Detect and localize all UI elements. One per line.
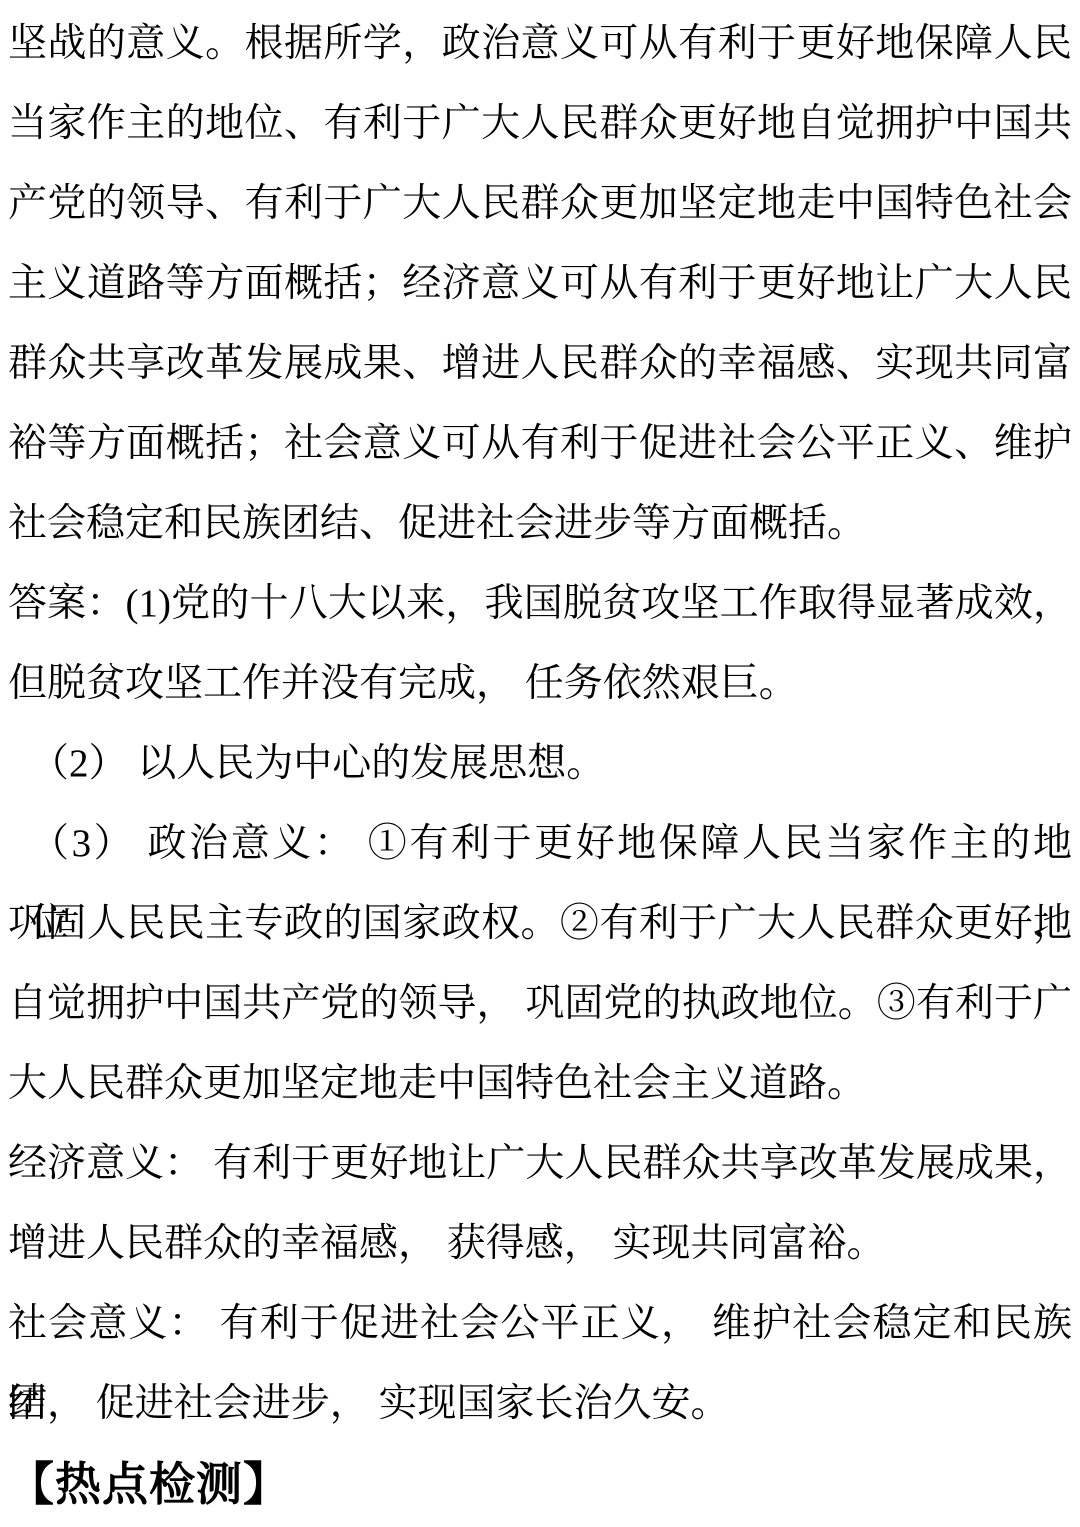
- document-page: 坚战的意义。根据所学，政治意义可从有利于更好地保障人民 当家作主的地位、有利于广…: [0, 0, 1080, 1527]
- text-line-answer-start: 答案：(1)党的十八大以来，我国脱贫攻坚工作取得显著成效，: [8, 564, 1072, 644]
- text-line-answer-2: （2） 以人民为中心的发展思想。: [8, 724, 1072, 804]
- text-line: 巩固人民民主专政的国家政权。②有利于广大人民群众更好地: [8, 884, 1072, 964]
- text-line: 自觉拥护中国共产党的领导， 巩固党的执政地位。③有利于广: [8, 964, 1072, 1044]
- text-line: 增进人民群众的幸福感， 获得感， 实现共同富裕。: [8, 1204, 1072, 1284]
- text-line: 社会稳定和民族团结、促进社会进步等方面概括。: [8, 484, 1072, 564]
- text-line-social: 社会意义： 有利于促进社会公平正义， 维护社会稳定和民族团: [8, 1284, 1072, 1364]
- text-line: 坚战的意义。根据所学，政治意义可从有利于更好地保障人民: [8, 4, 1072, 84]
- text-line: 结， 促进社会进步， 实现国家长治久安。: [8, 1364, 1072, 1444]
- text-line: 裕等方面概括；社会意义可从有利于促进社会公平正义、维护: [8, 404, 1072, 484]
- text-line: 大人民群众更加坚定地走中国特色社会主义道路。: [8, 1044, 1072, 1124]
- text-line: 主义道路等方面概括；经济意义可从有利于更好地让广大人民: [8, 244, 1072, 324]
- text-line: 群众共享改革发展成果、增进人民群众的幸福感、实现共同富: [8, 324, 1072, 404]
- section-heading-hot-topic-test: 【热点检测】: [8, 1444, 1072, 1524]
- text-line-answer-3: （3） 政治意义： ①有利于更好地保障人民当家作主的地位，: [8, 804, 1072, 884]
- text-line: 当家作主的地位、有利于广大人民群众更好地自觉拥护中国共: [8, 84, 1072, 164]
- text-line: 但脱贫攻坚工作并没有完成， 任务依然艰巨。: [8, 644, 1072, 724]
- text-line: 产党的领导、有利于广大人民群众更加坚定地走中国特色社会: [8, 164, 1072, 244]
- text-line-economic: 经济意义： 有利于更好地让广大人民群众共享改革发展成果，: [8, 1124, 1072, 1204]
